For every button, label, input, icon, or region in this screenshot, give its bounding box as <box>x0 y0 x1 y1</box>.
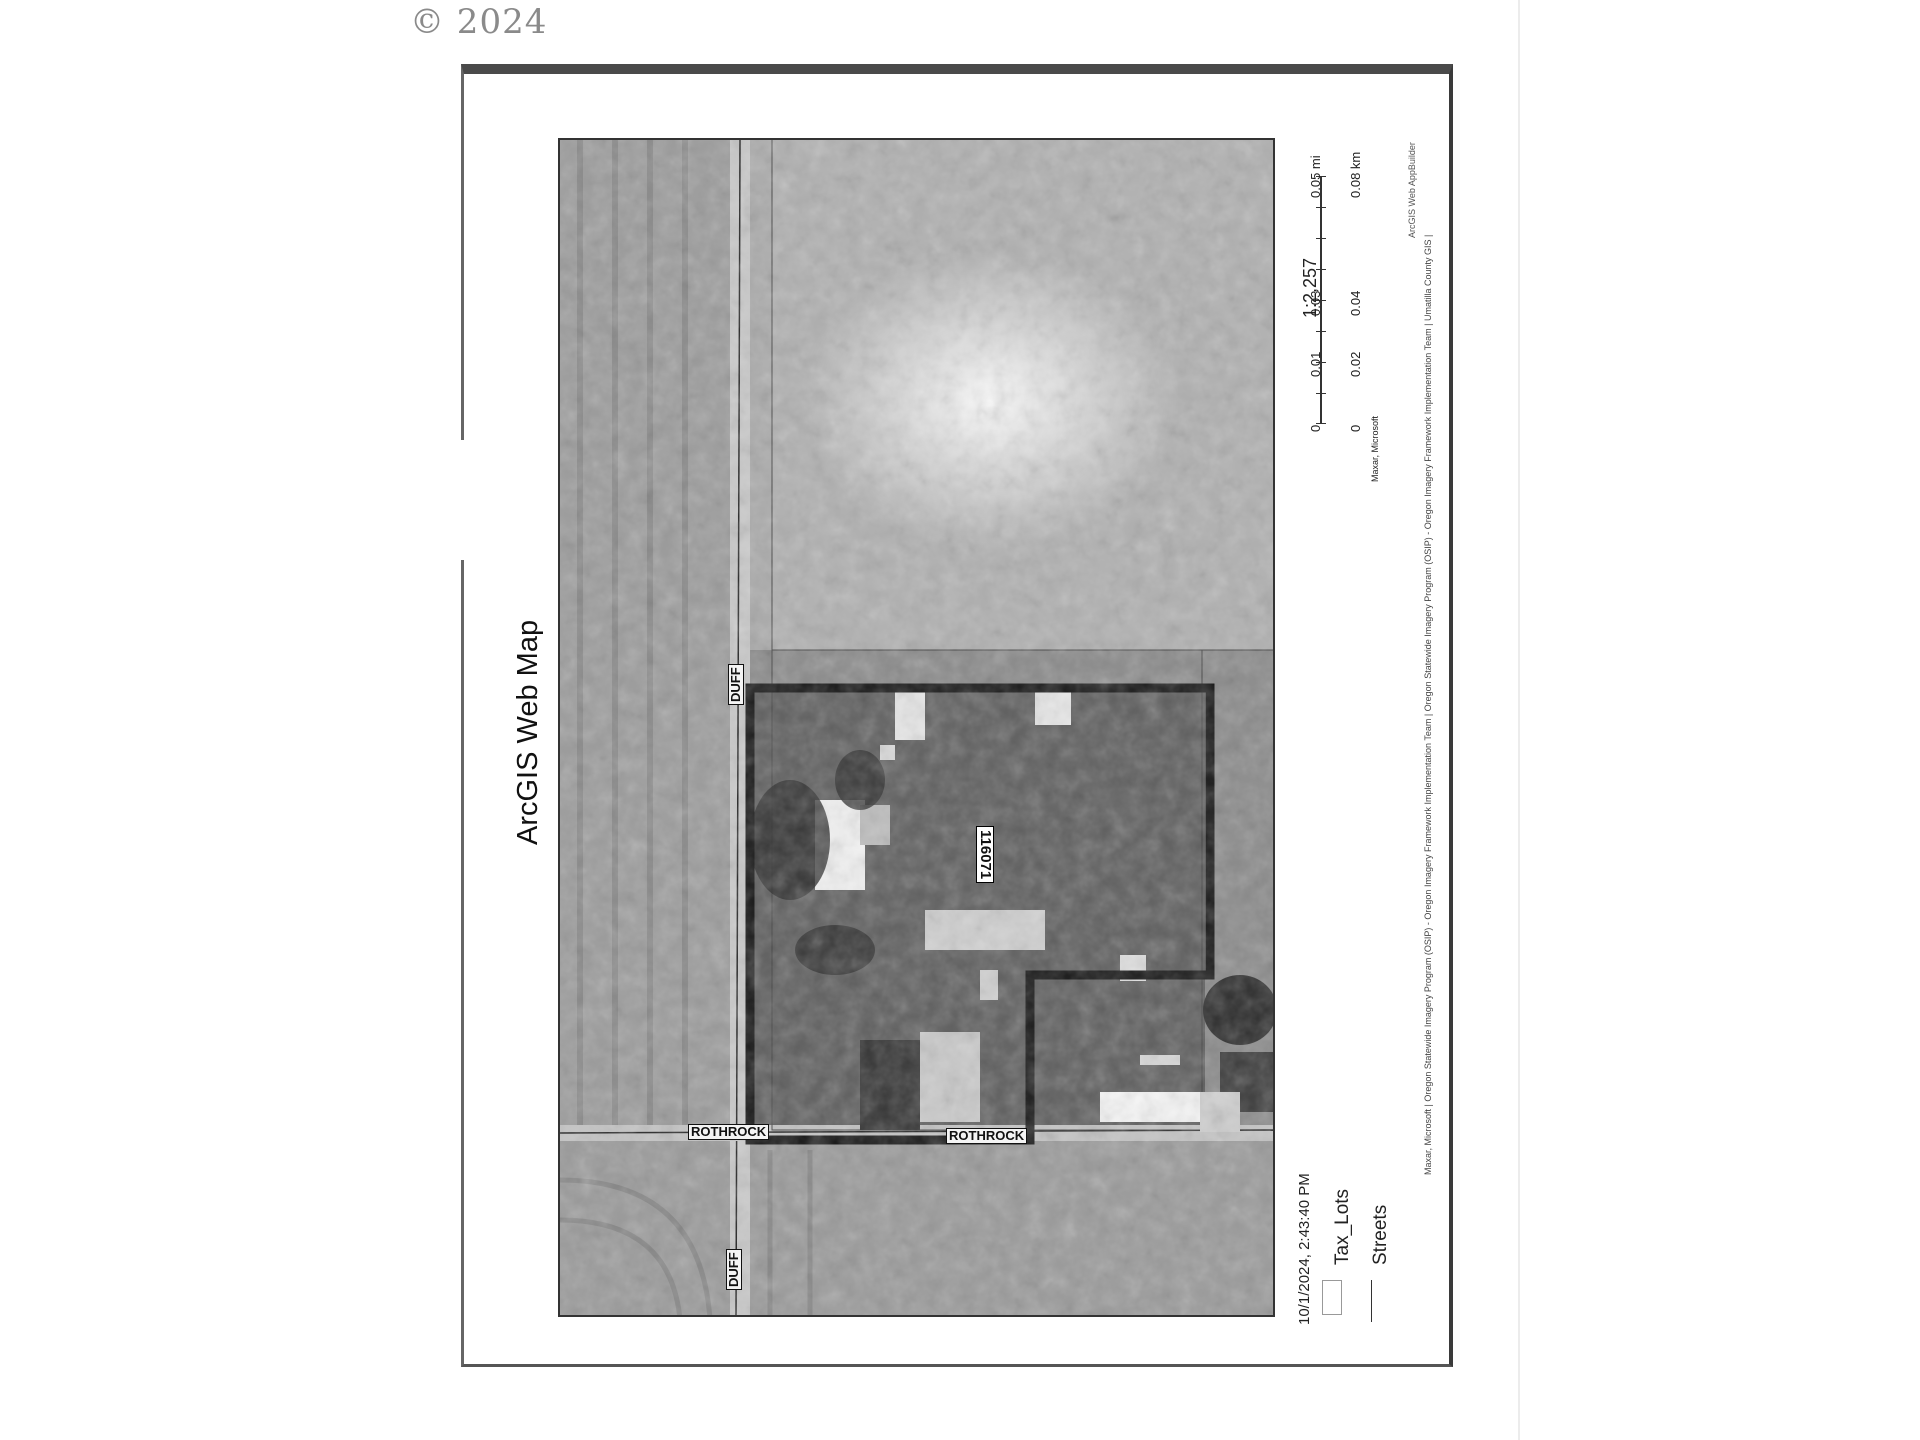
copyright-watermark: © 2024 <box>410 2 547 42</box>
scale-km-1: 0.02 <box>1348 352 1363 377</box>
appbuilder-credit: ArcGIS Web AppBuilder <box>1407 142 1417 238</box>
scale-mi-2: 0.03 <box>1308 291 1323 316</box>
road-label-duff-south: DUFF <box>726 1249 742 1290</box>
scale-mi-3: 0.05 mi <box>1308 155 1323 198</box>
scale-km-2: 0.04 <box>1348 291 1363 316</box>
road-label-rothrock-east: ROTHROCK <box>946 1128 1027 1144</box>
legend-streets-label: Streets <box>1370 1205 1392 1265</box>
legend-streets-line <box>1371 1280 1372 1322</box>
scale-mi-1: 0.01 <box>1308 352 1323 377</box>
map-title: ArcGIS Web Map <box>512 620 545 845</box>
legend-tax-lots-swatch <box>1322 1280 1342 1315</box>
scan-gap <box>458 440 466 560</box>
attribution-text: Maxar, Microsoft | Oregon Statewide Imag… <box>1423 235 1433 1175</box>
imagery-credit: Maxar, Microsoft <box>1370 416 1380 482</box>
legend-tax-lots-label: Tax_Lots <box>1332 1189 1354 1265</box>
scan-edge <box>1518 0 1520 1440</box>
aerial-imagery <box>560 140 1275 1317</box>
road-label-rothrock-west: ROTHROCK <box>688 1124 769 1140</box>
parcel-id-label[interactable]: 116071 <box>976 826 994 883</box>
print-timestamp: 10/1/2024, 2:43:40 PM <box>1296 1173 1313 1325</box>
map-frame[interactable]: DUFF DUFF ROTHROCK ROTHROCK 116071 <box>558 138 1275 1317</box>
scale-km-0: 0 <box>1348 425 1363 432</box>
road-label-duff-north: DUFF <box>728 664 744 705</box>
scale-mi-0: 0 <box>1308 425 1323 432</box>
scale-km-3: 0.08 km <box>1348 152 1363 198</box>
